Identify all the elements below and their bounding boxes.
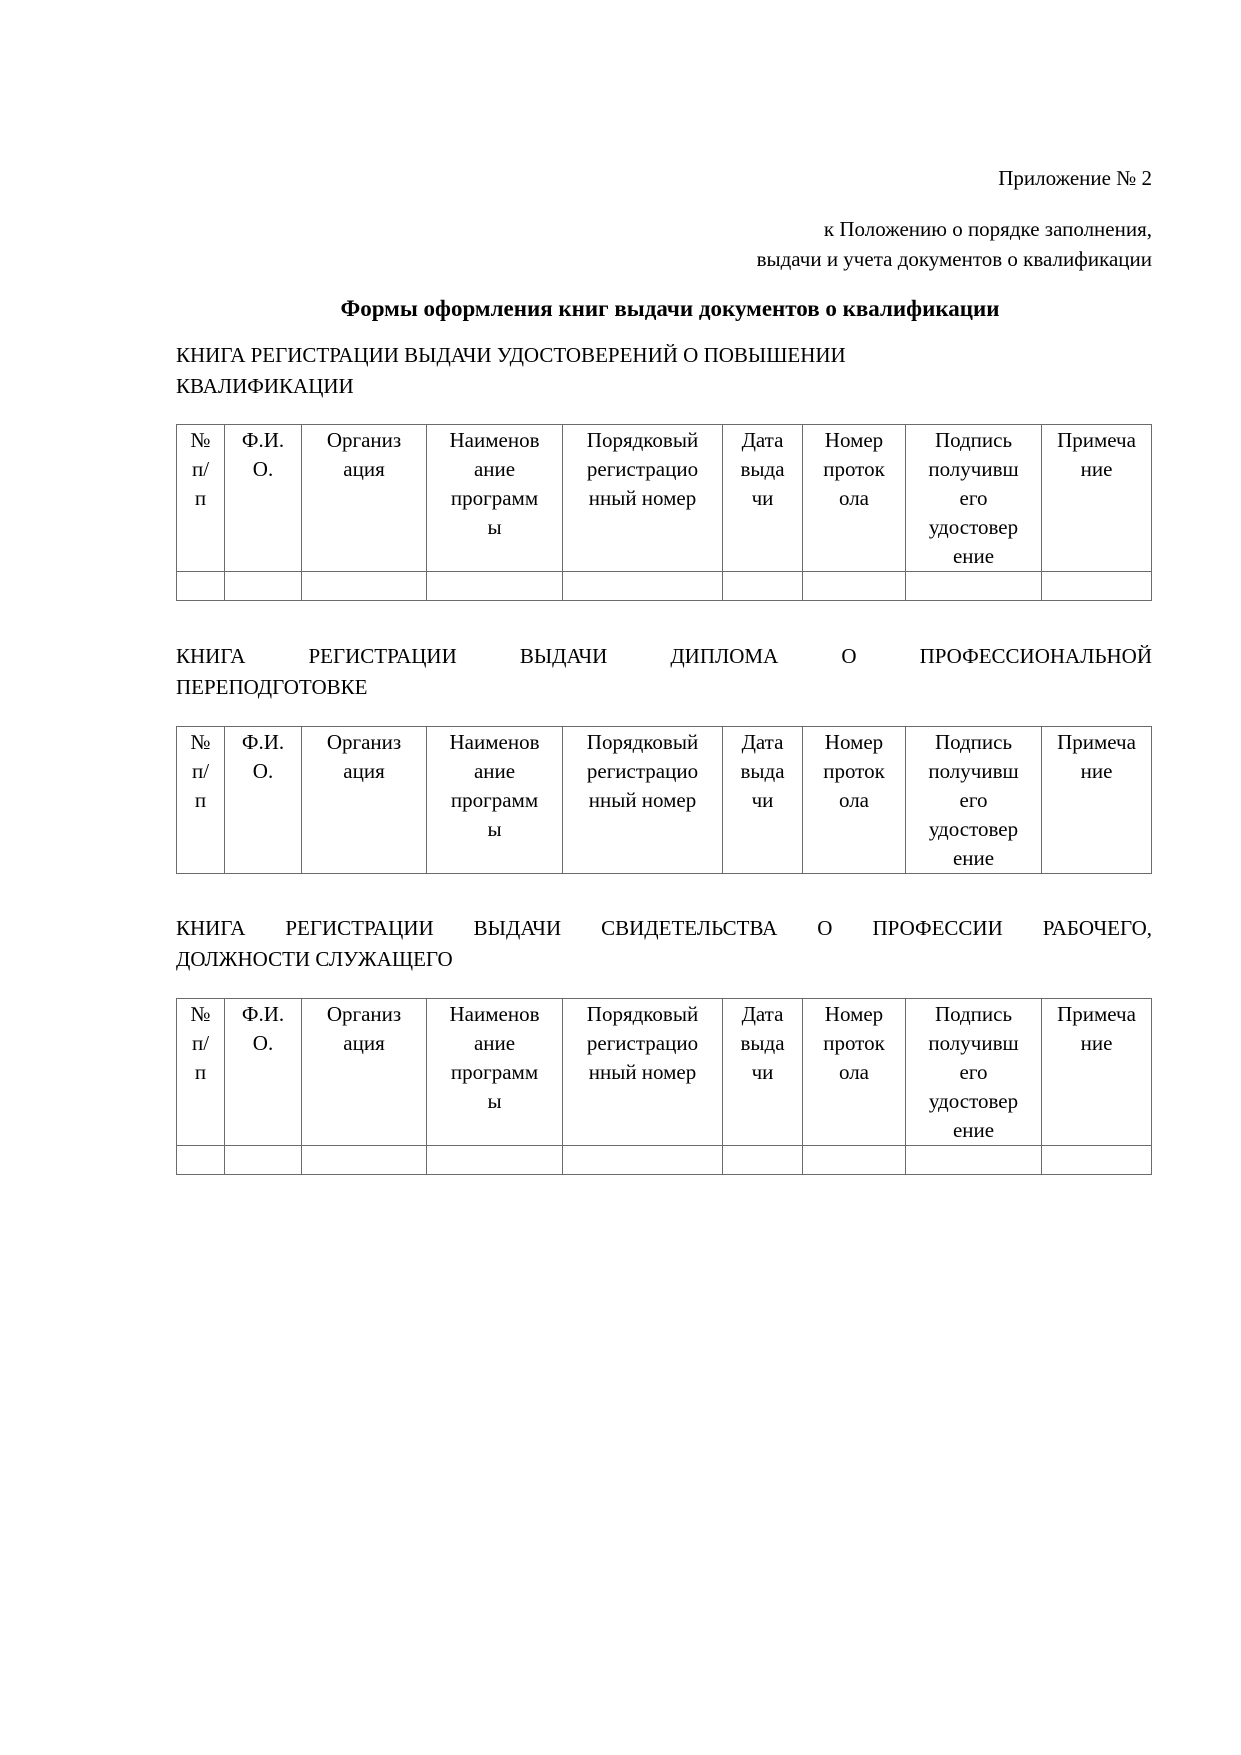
table-cell-empty[interactable] [906, 1146, 1042, 1175]
column-header: Примечание [1042, 425, 1152, 572]
column-header-line: Подпись [908, 728, 1039, 757]
appendix-reference: к Положению о порядке заполнения, выдачи… [757, 214, 1152, 274]
table-cell-empty[interactable] [803, 572, 906, 601]
column-header-line: его [908, 786, 1039, 815]
column-header-line: получивш [908, 757, 1039, 786]
column-header-line: № [179, 728, 222, 757]
column-header-line: № [179, 426, 222, 455]
column-header-line: ание [429, 455, 560, 484]
section-heading-certificates: КНИГА РЕГИСТРАЦИИ ВЫДАЧИ УДОСТОВЕРЕНИЙ О… [176, 340, 1152, 402]
column-header-line: Примеча [1044, 426, 1149, 455]
column-header: Организация [302, 727, 427, 874]
column-header-line: ение [908, 542, 1039, 571]
column-header-line: ы [429, 513, 560, 542]
column-header-line: Примеча [1044, 728, 1149, 757]
column-header-line: программ [429, 1058, 560, 1087]
column-header-line: нный номер [565, 484, 720, 513]
table-cell-empty[interactable] [225, 572, 302, 601]
table-cell-empty[interactable] [1042, 572, 1152, 601]
appendix-reference-line: к Положению о порядке заполнения, [757, 214, 1152, 244]
column-header-line: его [908, 484, 1039, 513]
column-header-line: проток [805, 1029, 903, 1058]
column-header-line: Подпись [908, 1000, 1039, 1029]
column-header-line: проток [805, 455, 903, 484]
column-header: Подписьполучившегоудостоверение [906, 727, 1042, 874]
table-header-row: №п/пФ.И.О.ОрганизацияНаименованиепрограм… [177, 999, 1152, 1146]
section-heading-line: КВАЛИФИКАЦИИ [176, 371, 1152, 402]
column-header: Примечание [1042, 999, 1152, 1146]
column-header: Наименованиепрограммы [427, 727, 563, 874]
column-header-line: Номер [805, 728, 903, 757]
column-header: Организация [302, 425, 427, 572]
table-row [177, 572, 1152, 601]
column-header: №п/п [177, 425, 225, 572]
table-cell-empty[interactable] [906, 572, 1042, 601]
column-header: Наименованиепрограммы [427, 999, 563, 1146]
column-header-line: Дата [725, 426, 800, 455]
column-header-line: чи [725, 786, 800, 815]
column-header-line: № [179, 1000, 222, 1029]
column-header-line: ация [304, 757, 424, 786]
column-header: №п/п [177, 727, 225, 874]
column-header-line: Организ [304, 426, 424, 455]
column-header-line: выда [725, 1029, 800, 1058]
column-header: Ф.И.О. [225, 425, 302, 572]
column-header-line: ола [805, 786, 903, 815]
column-header: Датавыдачи [723, 425, 803, 572]
table-cell-empty[interactable] [302, 1146, 427, 1175]
table-cell-empty[interactable] [225, 1146, 302, 1175]
column-header-line: п/ [179, 455, 222, 484]
column-header: Датавыдачи [723, 999, 803, 1146]
column-header-line: ы [429, 1087, 560, 1116]
register-table-diploma: №п/пФ.И.О.ОрганизацияНаименованиепрограм… [176, 726, 1152, 874]
column-header-line: нный номер [565, 786, 720, 815]
table-cell-empty[interactable] [723, 572, 803, 601]
column-header-line: ы [429, 815, 560, 844]
column-header-line: ение [908, 844, 1039, 873]
column-header-line: п [179, 484, 222, 513]
section-heading-diploma: КНИГА РЕГИСТРАЦИИ ВЫДАЧИ ДИПЛОМА О ПРОФЕ… [176, 641, 1152, 703]
table-cell-empty[interactable] [723, 1146, 803, 1175]
column-header-line: удостовер [908, 513, 1039, 542]
column-header-line: О. [227, 455, 299, 484]
column-header-line: выда [725, 455, 800, 484]
column-header-line: программ [429, 786, 560, 815]
column-header-line: удостовер [908, 1087, 1039, 1116]
column-header-line: Ф.И. [227, 426, 299, 455]
column-header-line: проток [805, 757, 903, 786]
column-header-line: ация [304, 1029, 424, 1058]
table-cell-empty[interactable] [427, 572, 563, 601]
table-cell-empty[interactable] [803, 1146, 906, 1175]
column-header-line: Примеча [1044, 1000, 1149, 1029]
column-header-line: Подпись [908, 426, 1039, 455]
register-table-certificates: №п/пФ.И.О.ОрганизацияНаименованиепрограм… [176, 424, 1152, 601]
table-cell-empty[interactable] [177, 1146, 225, 1175]
column-header-line: Порядковый [565, 728, 720, 757]
column-header-line: регистрацио [565, 757, 720, 786]
table-cell-empty[interactable] [302, 572, 427, 601]
column-header-line: программ [429, 484, 560, 513]
column-header-line: Дата [725, 728, 800, 757]
table-header-row: №п/пФ.И.О.ОрганизацияНаименованиепрограм… [177, 727, 1152, 874]
column-header-line: ние [1044, 1029, 1149, 1058]
column-header: Порядковыйрегистрационный номер [563, 727, 723, 874]
column-header-line: Организ [304, 728, 424, 757]
column-header-line: выда [725, 757, 800, 786]
table-cell-empty[interactable] [563, 572, 723, 601]
column-header-line: Номер [805, 1000, 903, 1029]
table-cell-empty[interactable] [563, 1146, 723, 1175]
section-heading-worker-profession: КНИГА РЕГИСТРАЦИИ ВЫДАЧИ СВИДЕТЕЛЬСТВА О… [176, 913, 1152, 975]
column-header-line: получивш [908, 455, 1039, 484]
column-header: Подписьполучившегоудостоверение [906, 425, 1042, 572]
column-header: №п/п [177, 999, 225, 1146]
column-header-line: О. [227, 1029, 299, 1058]
column-header-line: ание [429, 1029, 560, 1058]
column-header-line: Организ [304, 1000, 424, 1029]
column-header-line: регистрацио [565, 455, 720, 484]
column-header-line: п [179, 786, 222, 815]
section-heading-line: КНИГА РЕГИСТРАЦИИ ВЫДАЧИ УДОСТОВЕРЕНИЙ О… [176, 340, 1152, 371]
column-header: Порядковыйрегистрационный номер [563, 425, 723, 572]
column-header: Номерпротокола [803, 727, 906, 874]
column-header-line: его [908, 1058, 1039, 1087]
column-header: Номерпротокола [803, 999, 906, 1146]
column-header-line: Номер [805, 426, 903, 455]
column-header-line: О. [227, 757, 299, 786]
column-header: Номерпротокола [803, 425, 906, 572]
column-header-line: Порядковый [565, 1000, 720, 1029]
column-header-line: удостовер [908, 815, 1039, 844]
column-header-line: получивш [908, 1029, 1039, 1058]
column-header-line: Ф.И. [227, 728, 299, 757]
column-header-line: Наименов [429, 426, 560, 455]
column-header: Порядковыйрегистрационный номер [563, 999, 723, 1146]
table-cell-empty[interactable] [177, 572, 225, 601]
section-heading-line: ПЕРЕПОДГОТОВКЕ [176, 672, 1152, 703]
appendix-reference-line: выдачи и учета документов о квалификации [757, 244, 1152, 274]
table-cell-empty[interactable] [1042, 1146, 1152, 1175]
column-header-line: ние [1044, 757, 1149, 786]
column-header-line: Порядковый [565, 426, 720, 455]
column-header-line: чи [725, 484, 800, 513]
appendix-label: Приложение № 2 [998, 165, 1152, 191]
column-header-line: ола [805, 484, 903, 513]
column-header: Ф.И.О. [225, 727, 302, 874]
column-header-line: п/ [179, 757, 222, 786]
column-header-line: п [179, 1058, 222, 1087]
column-header-line: ние [1044, 455, 1149, 484]
column-header-line: п/ [179, 1029, 222, 1058]
column-header: Ф.И.О. [225, 999, 302, 1146]
column-header-line: регистрацио [565, 1029, 720, 1058]
column-header-line: чи [725, 1058, 800, 1087]
document-title: Формы оформления книг выдачи документов … [176, 294, 1152, 324]
column-header: Наименованиепрограммы [427, 425, 563, 572]
section-heading-line: ДОЛЖНОСТИ СЛУЖАЩЕГО [176, 944, 1152, 975]
column-header-line: нный номер [565, 1058, 720, 1087]
column-header-line: Наименов [429, 728, 560, 757]
column-header-line: ация [304, 455, 424, 484]
column-header-line: Наименов [429, 1000, 560, 1029]
column-header: Подписьполучившегоудостоверение [906, 999, 1042, 1146]
table-row [177, 1146, 1152, 1175]
column-header: Датавыдачи [723, 727, 803, 874]
column-header-line: ение [908, 1116, 1039, 1145]
section-heading-line: КНИГА РЕГИСТРАЦИИ ВЫДАЧИ СВИДЕТЕЛЬСТВА О… [176, 913, 1152, 944]
column-header-line: Ф.И. [227, 1000, 299, 1029]
table-cell-empty[interactable] [427, 1146, 563, 1175]
column-header: Примечание [1042, 727, 1152, 874]
column-header-line: Дата [725, 1000, 800, 1029]
column-header-line: ола [805, 1058, 903, 1087]
register-table-worker-profession: №п/пФ.И.О.ОрганизацияНаименованиепрограм… [176, 998, 1152, 1175]
column-header-line: ание [429, 757, 560, 786]
section-heading-line: КНИГА РЕГИСТРАЦИИ ВЫДАЧИ ДИПЛОМА О ПРОФЕ… [176, 641, 1152, 672]
column-header: Организация [302, 999, 427, 1146]
table-header-row: №п/пФ.И.О.ОрганизацияНаименованиепрограм… [177, 425, 1152, 572]
